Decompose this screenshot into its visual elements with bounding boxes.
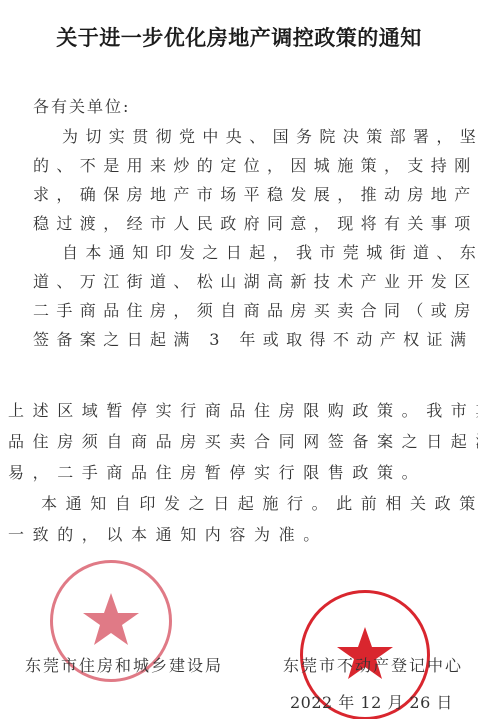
paragraph-line: 为切实贯彻党中央、国务院决策部署，坚持房子是用来住 <box>62 124 478 147</box>
salutation: 各有关单位: <box>33 94 130 117</box>
signature-left-org: 东莞市住房和城乡建设局 <box>25 653 223 676</box>
paragraph-line: 一致的，以本通知内容为准。 <box>8 522 328 545</box>
paragraph-line: 上述区域暂停实行商品住房限购政策。我市其他区域的新建商 <box>8 398 478 421</box>
paragraph-line: 品住房须自商品房买卖合同网签备案之日起满 3 年方可上市交 <box>8 429 478 452</box>
signature-right-org: 东莞市不动产登记中心 <box>283 653 463 676</box>
paragraph-line: 二手商品住房，须自商品房买卖合同（或房地产买卖合同）网 <box>33 298 478 321</box>
paragraph-line: 的、不是用来炒的定位，因城施策，支持刚性和改善性住房需 <box>33 153 478 176</box>
paragraph-line: 本通知自印发之日起施行。此前相关政策措施与本通知不 <box>41 491 478 514</box>
paragraph-line: 稳过渡，经市人民政府同意，现将有关事项通知如下: <box>33 211 478 234</box>
signature-date: 2022 年 12 月 26 日 <box>290 690 453 713</box>
paragraph-line: 求，确保房地产市场平稳发展，推动房地产业向新发展模式平 <box>33 182 478 205</box>
paragraph-line: 签备案之日起满 3 年或取得不动产权证满 2 年方可上市交易， <box>33 327 478 350</box>
paragraph-line: 自本通知印发之日起，我市莞城街道、东城街道、南城街 <box>62 240 478 263</box>
paragraph-line: 道、万江街道、松山湖高新技术产业开发区的新建商品住房和 <box>33 269 478 292</box>
document-title: 关于进一步优化房地产调控政策的通知 <box>0 22 478 52</box>
paragraph-line: 易，二手商品住房暂停实行限售政策。 <box>8 460 426 483</box>
